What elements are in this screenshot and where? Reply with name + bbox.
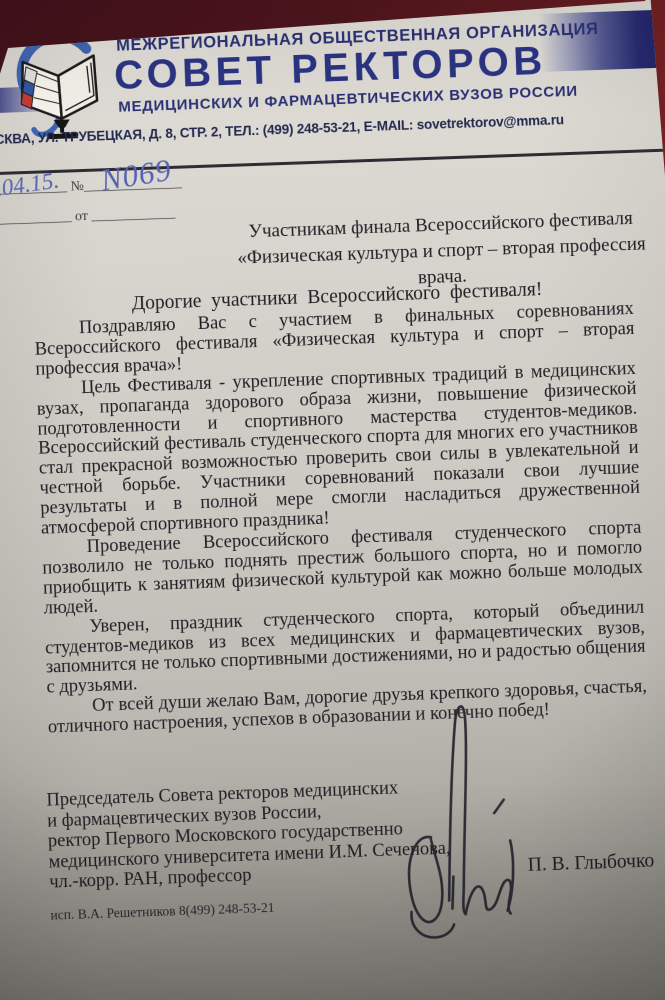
ref2-blank-right: ____________: [91, 206, 175, 224]
ref1-number-sign: №: [70, 179, 84, 194]
letter-body: Поздравляю Вас с участием в финальных со…: [34, 300, 648, 739]
letter-paper: МЕЖРЕГИОНАЛЬНАЯ ОБЩЕСТВЕННАЯ ОРГАНИЗАЦИЯ…: [0, 0, 665, 1000]
ref2-ot-label: от: [75, 209, 88, 224]
reference-line-2: №____________ от ____________: [0, 206, 176, 229]
handwritten-date: 01.04.15.: [0, 167, 61, 205]
letterhead-right-gradient-bar: [539, 9, 665, 72]
council-logo-book-snake-icon: [6, 31, 112, 142]
letter-photo: МЕЖРЕГИОНАЛЬНАЯ ОБЩЕСТВЕННАЯ ОРГАНИЗАЦИЯ…: [0, 0, 665, 1000]
executor-footer-line: исп. В.А. Решетников 8(499) 248-53-21: [50, 900, 275, 924]
body-paragraph: Цель Фестиваля - укрепление спортивных т…: [36, 360, 641, 540]
letter-content: МЕЖРЕГИОНАЛЬНАЯ ОБЩЕСТВЕННАЯ ОРГАНИЗАЦИЯ…: [0, 0, 665, 1000]
signer-position-block: Председатель Совета ректоров медицинских…: [46, 777, 451, 894]
ref2-blank-left: ____________: [0, 209, 72, 227]
